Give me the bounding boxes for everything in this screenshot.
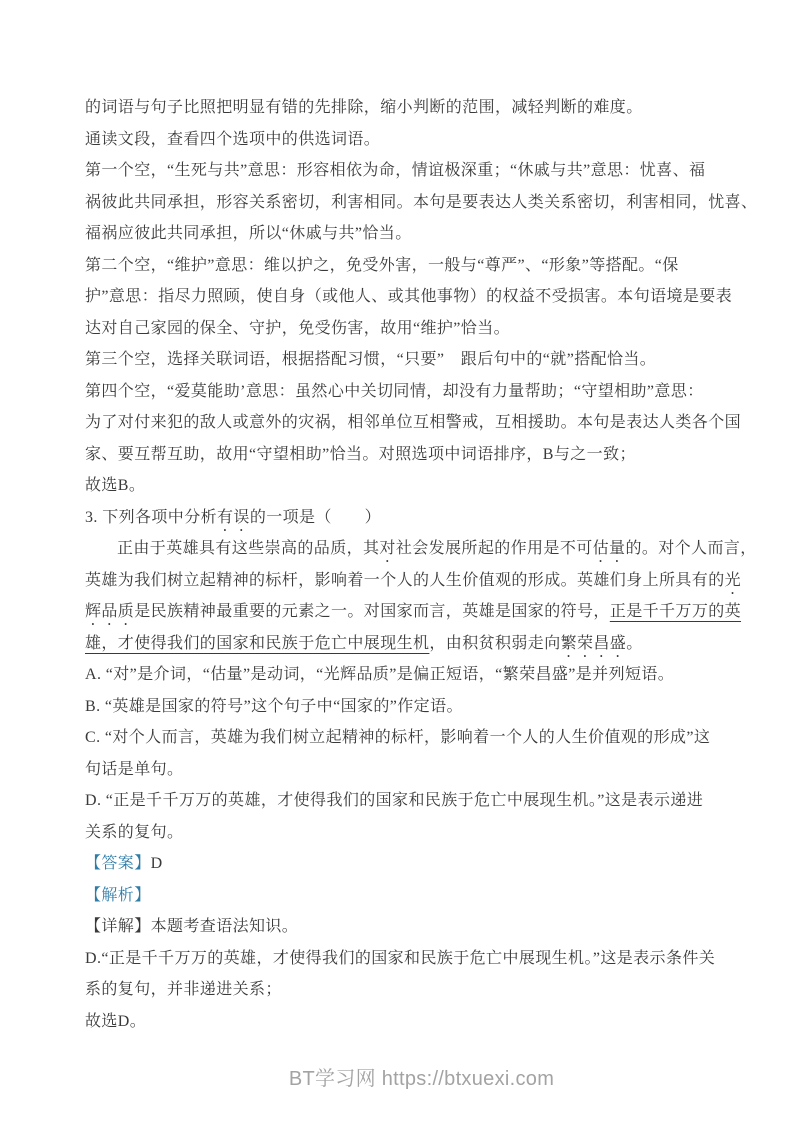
analysis-line: 祸彼此共同承担，形容关系密切，利害相同。本句是要表达人类关系密切，利害相同，忧喜… xyxy=(85,187,725,219)
answer-line: 【答案】D xyxy=(85,848,725,880)
underlined-text: 雄，才使得我们的国家和民族于危亡中展现生机 xyxy=(85,635,429,652)
detail-line: 【详解】本题考查语法知识。 xyxy=(85,911,725,943)
analysis-line: 护”意思：指尽力照顾，使自身（或他人、或其他事物）的权益不受损害。本句语境是要表 xyxy=(85,281,725,313)
text-segment: 护”意思：指尽力照顾，使自身（或他人、或其他事物）的权益不受损害。本句语境是要表 xyxy=(85,288,732,305)
answer-value: D xyxy=(151,855,163,872)
analysis-label: 【解析】 xyxy=(85,887,151,904)
watermark-text: BT学习网 https://btxuexi.com xyxy=(289,1068,554,1090)
text-segment: D. “正是千千万万的英雄，才使得我们的国家和民族于危亡中展现生机。”这是表示递… xyxy=(85,792,703,809)
analysis-line: 为了对付来犯的敌人或意外的灾祸，相邻单位互相警戒，互相援助。本句是表达人类各个国 xyxy=(85,407,725,439)
conclusion-line: 故选B。 xyxy=(85,470,725,502)
text-segment: 正由于英雄具有这些崇高的品质，其 xyxy=(117,540,379,557)
text-segment: 第三个空，选择关联词语，根据搭配习惯，“只要” 跟后句中的“就”搭配恰当。 xyxy=(85,351,656,368)
passage-line: 英雄为我们树立起精神的标杆，影响着一个人的人生价值观的形成。英雄们身上所具有的光 xyxy=(85,565,725,597)
text-segment: 句话是单句。 xyxy=(85,761,183,778)
option-d: D. “正是千千万万的英雄，才使得我们的国家和民族于危亡中展现生机。”这是表示递… xyxy=(85,785,725,817)
option-c: C. “对个人而言，英雄为我们树立起精神的标杆，影响着一个人的人生价值观的形成”… xyxy=(85,722,725,754)
text-segment: B. “英雄是国家的符号”这个句子中“国家的”作定语。 xyxy=(85,698,463,715)
text-segment: 。 xyxy=(626,635,642,652)
text-segment: 的词语与句子比照把明显有错的先排除，缩小判断的范围，减轻判断的难度。 xyxy=(85,99,643,116)
text-segment: C. “对个人而言，英雄为我们树立起精神的标杆，影响着一个人的人生价值观的形成”… xyxy=(85,729,710,746)
passage-line: 雄，才使得我们的国家和民族于危亡中展现生机，由积贫积弱走向繁荣昌盛。 xyxy=(85,628,725,660)
passage-line: 辉品质是民族精神最重要的元素之一。对国家而言，英雄是国家的符号，正是千千万万的英 xyxy=(85,596,725,628)
option-c-continued: 句话是单句。 xyxy=(85,754,725,786)
text-segment: 福祸应彼此共同承担，所以“休戚与共”恰当。 xyxy=(85,225,412,242)
analysis-line: 第一个空，“生死与共”意思：形容相依为命，情谊极深重；“休戚与共”意思：忧喜、福 xyxy=(85,155,725,187)
emphasized-text: 有误 xyxy=(217,509,250,526)
text-segment: 3. 下列各项中分析 xyxy=(85,509,217,526)
text-segment: 系的复句，并非递进关系； xyxy=(85,981,282,998)
detail-line: D.“正是千千万万的英雄，才使得我们的国家和民族于危亡中展现生机。”这是表示条件… xyxy=(85,943,725,975)
analysis-line: 第四个空，“爱莫能助’意思：虽然心中关切同情，却没有力量帮助；“守望相助”意思： xyxy=(85,376,725,408)
analysis-line: 的词语与句子比照把明显有错的先排除，缩小判断的范围，减轻判断的难度。 xyxy=(85,92,725,124)
analysis-line: 福祸应彼此共同承担，所以“休戚与共”恰当。 xyxy=(85,218,725,250)
text-segment: 通读文段，查看四个选项中的供选词语。 xyxy=(85,131,380,148)
question-3-stem: 3. 下列各项中分析有误的一项是（ ） xyxy=(85,502,725,534)
text-segment: D.“正是千千万万的英雄，才使得我们的国家和民族于危亡中展现生机。”这是表示条件… xyxy=(85,950,715,967)
emphasized-text: 估量 xyxy=(593,540,626,557)
emphasized-text: 辉品质 xyxy=(85,603,134,620)
text-segment: 家、要互帮互助，故用“守望相助”恰当。对照选项中词语排序，B与之一致； xyxy=(85,446,636,463)
analysis-header-line: 【解析】 xyxy=(85,880,725,912)
text-segment: 祸彼此共同承担，形容关系密切，利害相同。本句是要表达人类关系密切，利害相同，忧喜… xyxy=(85,194,757,211)
text-segment: 社会发展所起的作用是不可 xyxy=(396,540,593,557)
text-segment: ，由积贫积弱走向 xyxy=(429,635,560,652)
emphasized-text: 光 xyxy=(725,572,741,589)
text-segment: 故选D。 xyxy=(85,1013,146,1030)
text-segment: 第四个空，“爱莫能助’意思：虽然心中关切同情，却没有力量帮助；“守望相助”意思： xyxy=(85,383,704,400)
detail-line: 系的复句，并非递进关系； xyxy=(85,974,725,1006)
text-segment: 是民族精神最重要的元素之一。对国家而言，英雄是国家的符号， xyxy=(134,603,610,620)
conclusion-line: 故选D。 xyxy=(85,1006,725,1038)
text-segment: A. “对”是介词，“估量”是动词，“光辉品质”是偏正短语，“繁荣昌盛”是并列短… xyxy=(85,666,674,683)
analysis-line: 第三个空，选择关联词语，根据搭配习惯，“只要” 跟后句中的“就”搭配恰当。 xyxy=(85,344,725,376)
answer-label: 【答案】 xyxy=(85,855,151,872)
text-segment: 关系的复句。 xyxy=(85,824,183,841)
text-segment: 第一个空，“生死与共”意思：形容相依为命，情谊极深重；“休戚与共”意思：忧喜、福 xyxy=(85,162,705,179)
analysis-line: 达对自己家园的保全、守护，免受伤害，故用“维护”恰当。 xyxy=(85,313,725,345)
text-segment: 的一项是（ ） xyxy=(250,509,381,526)
option-b: B. “英雄是国家的符号”这个句子中“国家的”作定语。 xyxy=(85,691,725,723)
text-segment: 达对自己家园的保全、守护，免受伤害，故用“维护”恰当。 xyxy=(85,320,510,337)
text-segment: 【详解】本题考查语法知识。 xyxy=(85,918,298,935)
analysis-line: 通读文段，查看四个选项中的供选词语。 xyxy=(85,124,725,156)
analysis-line: 家、要互帮互助，故用“守望相助”恰当。对照选项中词语排序，B与之一致； xyxy=(85,439,725,471)
text-segment: 故选B。 xyxy=(85,477,145,494)
option-a: A. “对”是介词，“估量”是动词，“光辉品质”是偏正短语，“繁荣昌盛”是并列短… xyxy=(85,659,725,691)
analysis-line: 第二个空，“维护”意思：维以护之，免受外害，一般与“尊严”、“形象”等搭配。“保 xyxy=(85,250,725,282)
text-segment: 英雄为我们树立起精神的标杆，影响着一个人的人生价值观的形成。英雄们身上所具有的 xyxy=(85,572,725,589)
document-body: 的词语与句子比照把明显有错的先排除，缩小判断的范围，减轻判断的难度。 通读文段，… xyxy=(85,92,725,1037)
emphasized-text: 对 xyxy=(379,540,395,557)
passage-line: 正由于英雄具有这些崇高的品质，其对社会发展所起的作用是不可估量的。对个人而言， xyxy=(85,533,725,565)
text-segment: 为了对付来犯的敌人或意外的灾祸，相邻单位互相警戒，互相援助。本句是表达人类各个国 xyxy=(85,414,741,431)
underlined-text: 正是千千万万的英 xyxy=(610,603,741,620)
site-watermark: BT学习网 https://btxuexi.com xyxy=(0,1062,793,1091)
emphasized-text: 繁荣昌盛 xyxy=(561,635,627,652)
text-segment: 第二个空，“维护”意思：维以护之，免受外害，一般与“尊严”、“形象”等搭配。“保 xyxy=(85,257,679,274)
option-d-continued: 关系的复句。 xyxy=(85,817,725,849)
text-segment: 的。对个人而言， xyxy=(625,540,756,557)
